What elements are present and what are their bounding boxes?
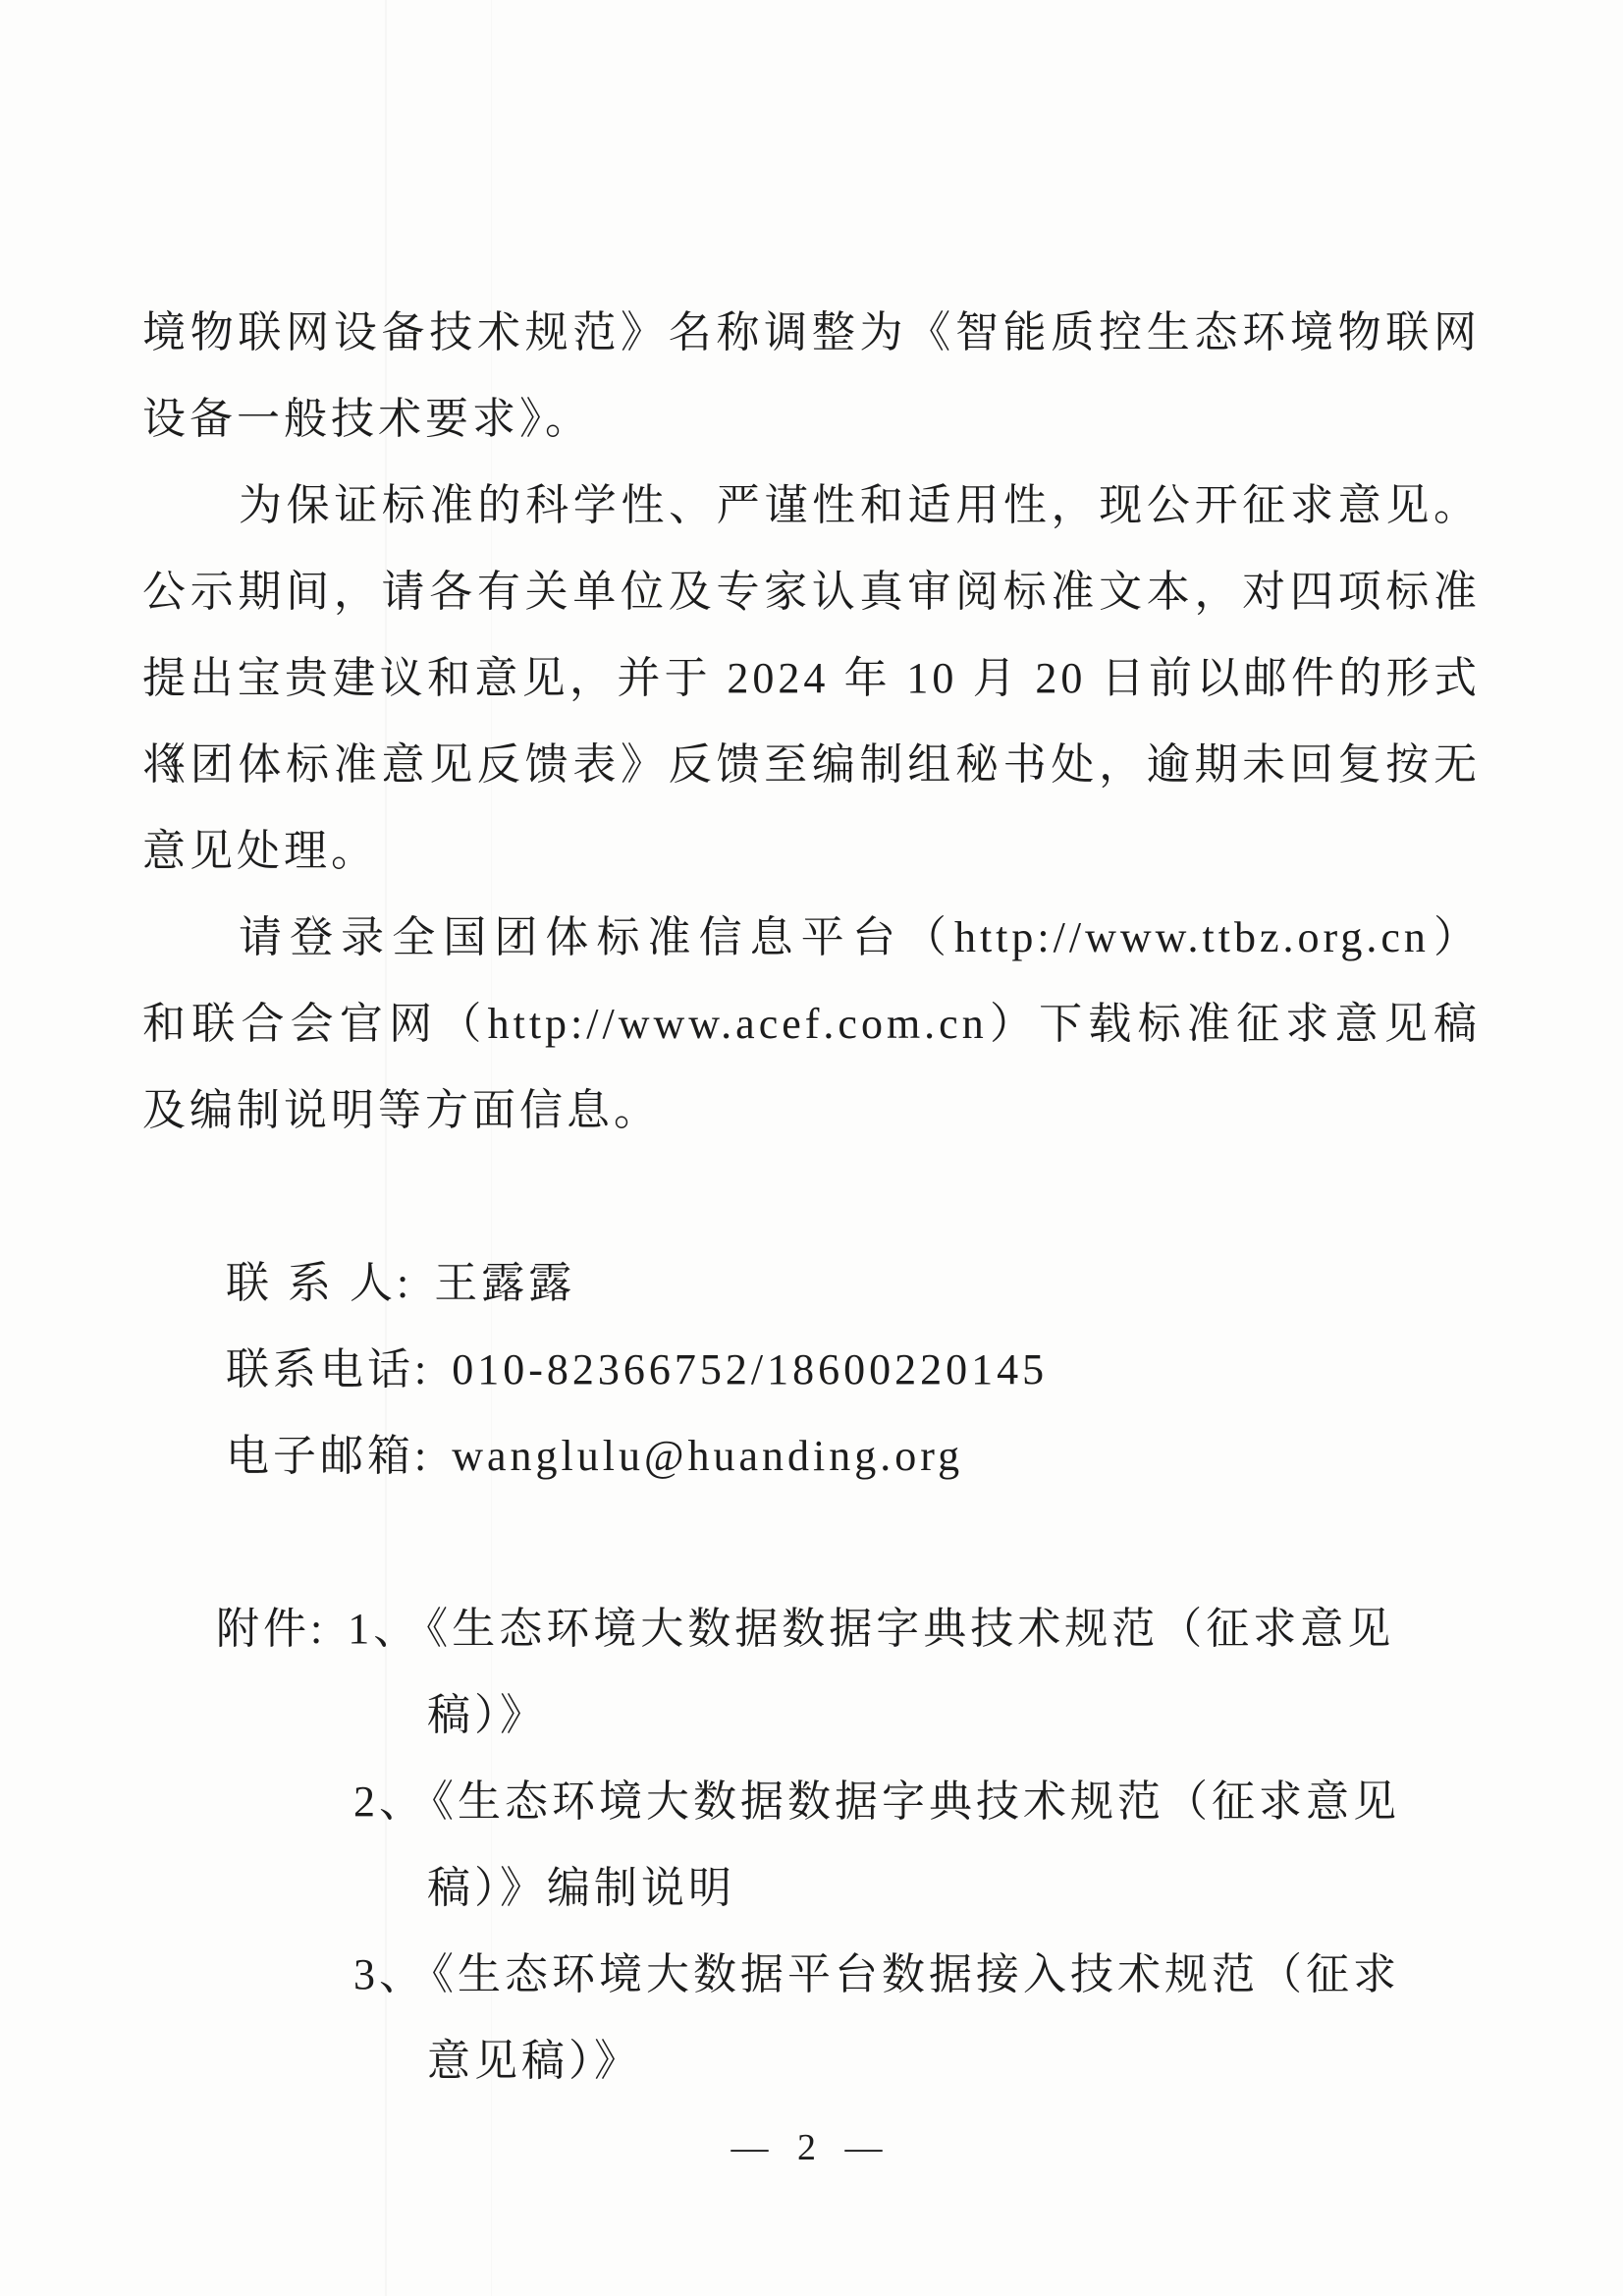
attachment-title: 《生态环境大数据数据字典技术规范（征求意见: [432, 1777, 1400, 1826]
body-line: 请登录全国团体标准信息平台（http://www.ttbz.org.cn）: [142, 895, 1481, 981]
attachment-title-continuation: 稿）》编制说明: [142, 1845, 1481, 1932]
blank-line: [142, 1500, 1481, 1586]
body-line: 及编制说明等方面信息。: [142, 1067, 1481, 1154]
attachment-title: 《生态环境大数据数据字典技术规范（征求意见: [426, 1605, 1394, 1653]
attachment-title-continuation: 意见稿）》: [142, 2018, 1481, 2105]
contact-person-label: 联 系 人:: [226, 1259, 412, 1307]
contact-email: 电子邮箱:wanglulu@huanding.org: [142, 1413, 1481, 1500]
contact-phone-label: 联系电话:: [226, 1345, 430, 1394]
document-page: 境物联网设备技术规范》名称调整为《智能质控生态环境物联网 设备一般技术要求》。 …: [0, 0, 1623, 2296]
attachment-number: 1、: [348, 1605, 420, 1653]
body-line: 设备一般技术要求》。: [142, 376, 1481, 463]
body-line: 和联合会官网（http://www.acef.com.cn）下载标准征求意见稿: [142, 981, 1481, 1067]
attachment-item: 2、《生态环境大数据数据字典技术规范（征求意见: [142, 1759, 1481, 1845]
body-line: 意见处理。: [142, 808, 1481, 895]
attachment-item: 附件:1、《生态环境大数据数据字典技术规范（征求意见: [142, 1586, 1481, 1672]
body-line: 公示期间，请各有关单位及专家认真审阅标准文本，对四项标准: [142, 549, 1481, 635]
document-body: 境物联网设备技术规范》名称调整为《智能质控生态环境物联网 设备一般技术要求》。 …: [142, 290, 1481, 2191]
contact-email-value: wanglulu@huanding.org: [452, 1432, 963, 1480]
contact-phone: 联系电话:010-82366752/18600220145: [142, 1327, 1481, 1413]
blank-line: [142, 1154, 1481, 1240]
attachment-number: 3、: [353, 1950, 426, 1998]
body-line: 为保证标准的科学性、严谨性和适用性，现公开征求意见。: [142, 463, 1481, 549]
body-line: 《团体标准意见反馈表》反馈至编制组秘书处，逾期未回复按无: [142, 722, 1481, 808]
page-number: — 2 —: [142, 2105, 1481, 2191]
body-line: 提出宝贵建议和意见，并于 2024 年 10 月 20 日前以邮件的形式将: [142, 635, 1481, 722]
contact-phone-value: 010-82366752/18600220145: [452, 1345, 1048, 1394]
attachment-title: 《生态环境大数据平台数据接入技术规范（征求: [432, 1950, 1400, 1998]
attachment-item: 3、《生态环境大数据平台数据接入技术规范（征求: [142, 1932, 1481, 2018]
attachment-title-continuation: 稿）》: [142, 1672, 1481, 1759]
contact-person-value: 王露露: [434, 1259, 575, 1307]
contact-email-label: 电子邮箱:: [226, 1432, 430, 1480]
attachments-label: 附件:: [216, 1605, 326, 1653]
contact-person: 联 系 人:王露露: [142, 1240, 1481, 1327]
body-line: 境物联网设备技术规范》名称调整为《智能质控生态环境物联网: [142, 290, 1481, 376]
attachment-number: 2、: [353, 1777, 426, 1826]
